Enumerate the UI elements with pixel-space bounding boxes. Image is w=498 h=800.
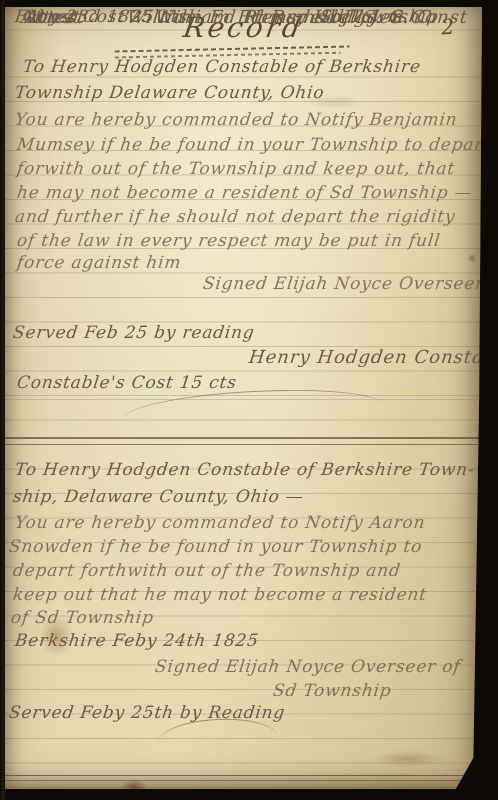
record2-signed-line: Signed Elijah Noyce Overseer of	[154, 657, 462, 677]
record2-signed-township: Sd Township	[272, 681, 393, 701]
record2-body-line-3: depart forthwith out of the Township and	[12, 561, 402, 581]
page-bottom-edge	[5, 775, 482, 781]
green-rule-line	[5, 399, 482, 400]
record1-body-line-6: of the law in every respect may be put i…	[16, 231, 442, 251]
ink-stain	[467, 254, 477, 263]
record1-cost-line: Constable's Cost 15 cts	[16, 373, 238, 393]
record2-attest-signature: William Ed Ramsdell J. S. C.	[126, 7, 411, 28]
record1-body-line-1: You are hereby commanded to Notify Benja…	[14, 110, 459, 130]
record1-address-line-1: To Henry Hodgden Constable of Berkshire	[22, 57, 422, 77]
record1-body-line-4: he may not become a resident of Sd Towns…	[16, 183, 474, 203]
record2-address-line-1: To Henry Hodgden Constable of Berkshire …	[14, 460, 476, 480]
record-book-page: Record 2 To Henry Hodgden Constable of B…	[5, 7, 482, 789]
record1-signed-line: Signed Elijah Noyce Overseer of	[202, 274, 498, 294]
ink-stain	[373, 751, 443, 767]
record2-body-line-4: keep out that he may not become a reside…	[12, 585, 428, 605]
record2-place-date-line: Berkshire Feby 24th 1825	[14, 631, 260, 651]
record2-address-line-2: ship, Delaware County, Ohio —	[12, 487, 305, 507]
record1-served-line: Served Feb 25 by reading	[12, 323, 256, 343]
record1-body-line-5: and further if he should not depart the …	[14, 207, 457, 227]
record1-body-line-7: force against him	[16, 253, 183, 273]
record2-attest-label: Attest	[24, 7, 87, 28]
record1-body-line-3: forwith out of the Township and keep out…	[16, 159, 456, 179]
record2-body-line-1: You are hereby commanded to Notify Aaron	[14, 513, 427, 533]
record2-body-line-2: Snowden if he be found in your Township …	[8, 537, 424, 557]
record1-address-line-2: Township Delaware County, Ohio	[14, 83, 326, 103]
record1-constable-signature: Henry Hodgden Constable	[248, 347, 498, 368]
record2-body-line-5: of Sd Township	[10, 608, 155, 628]
record-divider-rule	[5, 437, 482, 445]
record1-body-line-2: Mumsey if he be found in your Township t…	[16, 135, 492, 155]
